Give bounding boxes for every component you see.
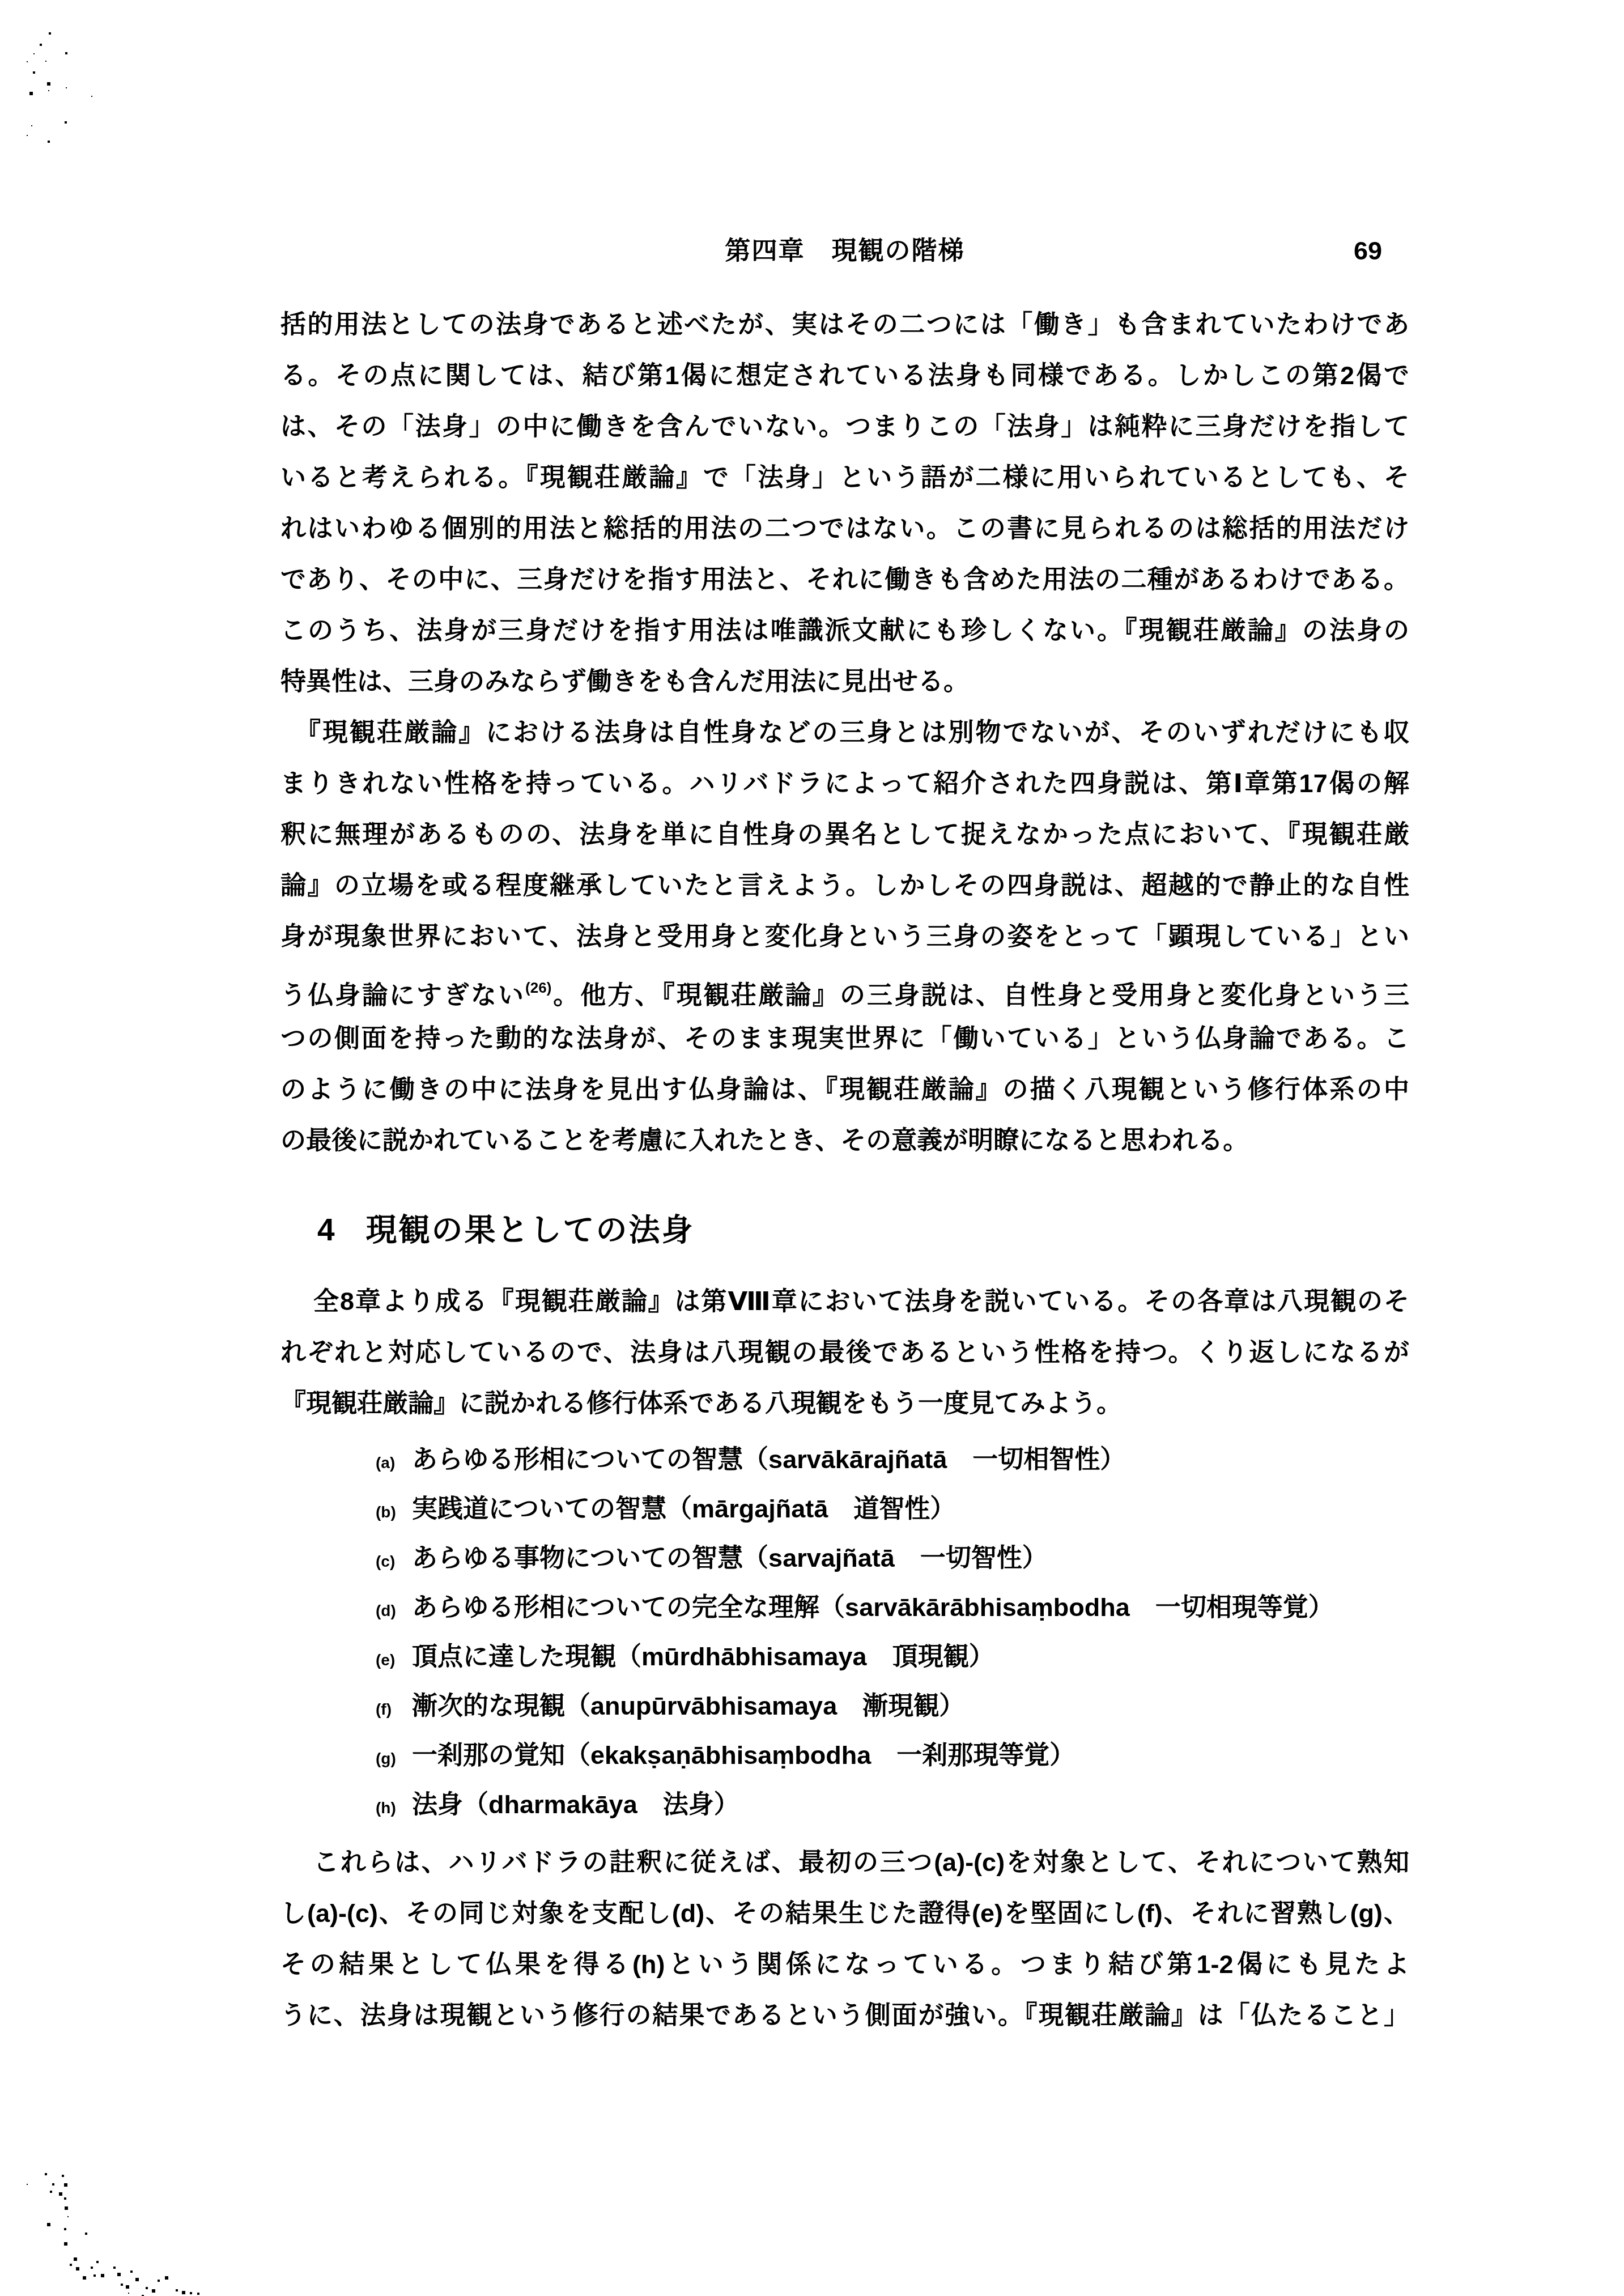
abhisamaya-list: (a)あらゆる形相についての智慧（sarvākārajñatā 一切相智性） (… [280,1435,1409,1829]
text-line: このうち、法身が三身だけを指す用法は唯識派文献にも珍しくない。『現観荘厳論』の法… [280,605,1409,656]
text-line: であり、その中に、三身だけを指す用法と、それに働きも含めた用法の二種があるわけで… [280,554,1409,605]
footnote-ref-26: (26) [525,979,551,996]
scan-noise-bottom-left [45,2173,47,2175]
list-item-text: 漸次的な現観（anupūrvābhisamaya 漸現観） [412,1691,964,1720]
list-item-text: 実践道についての智慧（mārgajñatā 道智性） [412,1494,955,1523]
list-item: (a)あらゆる形相についての智慧（sarvākārajñatā 一切相智性） [280,1435,1409,1484]
paragraph-2: 『現観荘厳論』における法身は自性身などの三身とは別物でないが、そのいずれだけにも… [280,707,1409,1166]
text-line: 『現観荘厳論』に説かれる修行体系である八現観をもう一度見てみよう。 [280,1378,1409,1429]
text-line: れぞれと対応しているので、法身は八現観の最後であるという性格を持つ。くり返しにな… [280,1327,1409,1378]
list-item: (f)漸次的な現観（anupūrvābhisamaya 漸現観） [280,1681,1409,1730]
text-line: これらは、ハリバドラの註釈に従えば、最初の三つ(a)-(c)を対象として、それに… [280,1837,1409,1888]
text-line: うに、法身は現観という修行の結果であるという側面が強い。『現観荘厳論』は「仏たる… [280,1990,1409,2041]
section-number: 4 [317,1212,337,1247]
text-line: 全8章より成る『現観荘厳論』は第Ⅷ章において法身を説いている。その各章は八現観の… [280,1276,1409,1327]
scanned-page: 第四章 現観の階梯 69 括的用法としての法身であると述べたが、実はその二つには… [0,0,1624,2296]
text-line: その結果として仏果を得る(h)という関係になっている。つまり結び第1-2偈にも見… [280,1939,1409,1990]
text-line: まりきれない性格を持っている。ハリバドラによって紹介された四身説は、第Ⅰ章第17… [280,758,1409,809]
text-line: つの側面を持った動的な法身が、そのまま現実世界に「働いている」という仏身論である… [280,1013,1409,1064]
list-marker: (f) [376,1685,412,1734]
scan-noise-top-left [49,32,51,35]
text-line-with-footnote: う仏身論にすぎない(26)。他方、『現観荘厳論』の三身説は、自性身と受用身と変化… [280,962,1409,1013]
section-title: 現観の果としての法身 [366,1212,695,1247]
text-line: る。その点に関しては、結び第1偈に想定されている法身も同様である。しかしこの第2… [280,350,1409,401]
paragraph-1: 括的用法としての法身であると述べたが、実はその二つには「働き」も含まれていたわけ… [280,299,1409,707]
section-heading: 4現観の果としての法身 [317,1206,695,1253]
text-segment: う仏身論にすぎない [280,981,525,1010]
text-line: 釈に無理があるものの、法身を単に自性身の異名として捉えなかった点において、『現観… [280,809,1409,860]
page-number: 69 [1354,233,1382,269]
paragraph-3: これらは、ハリバドラの註釈に従えば、最初の三つ(a)-(c)を対象として、それに… [280,1837,1409,2041]
list-item-text: あらゆる事物についての智慧（sarvajñatā 一切智性） [412,1544,1048,1572]
list-item: (d)あらゆる形相についての完全な理解（sarvākārābhisaṃbodha… [280,1583,1409,1632]
list-item: (c)あらゆる事物についての智慧（sarvajñatā 一切智性） [280,1533,1409,1583]
text-line: 身が現象世界において、法身と受用身と変化身という三身の姿をとって「顕現している」… [280,911,1409,962]
list-item: (b)実践道についての智慧（mārgajñatā 道智性） [280,1484,1409,1533]
text-line: 特異性は、三身のみならず働きをも含んだ用法に見出せる。 [280,656,1409,707]
text-line: 論』の立場を或る程度継承していたと言えよう。しかしその四身説は、超越的で静止的な… [280,860,1409,911]
text-line: 『現観荘厳論』における法身は自性身などの三身とは別物でないが、そのいずれだけにも… [280,707,1409,758]
list-marker: (e) [376,1635,412,1685]
list-item-text: 一刹那の覚知（ekakṣaṇābhisaṃbodha 一刹那現等覚） [412,1741,1075,1770]
text-line: のように働きの中に法身を見出す仏身論は、『現観荘厳論』の描く八現観という修行体系… [280,1064,1409,1115]
list-item: (h)法身（dharmakāya 法身） [280,1780,1409,1829]
list-marker: (g) [376,1734,412,1783]
list-item-text: 法身（dharmakāya 法身） [412,1790,739,1819]
list-marker: (b) [376,1487,412,1537]
section-intro: 全8章より成る『現観荘厳論』は第Ⅷ章において法身を説いている。その各章は八現観の… [280,1276,1409,1429]
text-line: 括的用法としての法身であると述べたが、実はその二つには「働き」も含まれていたわけ… [280,299,1409,350]
text-segment: 。他方、『現観荘厳論』の三身説は、自性身と受用身と変化身という三 [551,981,1409,1010]
list-marker: (c) [376,1537,412,1586]
list-item: (e)頂点に達した現観（mūrdhābhisamaya 頂現観） [280,1632,1409,1681]
running-header: 第四章 現観の階梯 69 [280,233,1409,269]
list-marker: (d) [376,1586,412,1635]
running-chapter-title: 第四章 現観の階梯 [725,236,964,265]
list-marker: (h) [376,1783,412,1832]
list-item-text: あらゆる形相についての智慧（sarvākārajñatā 一切相智性） [412,1445,1125,1474]
list-item-text: 頂点に達した現観（mūrdhābhisamaya 頂現観） [412,1642,994,1671]
text-line: れはいわゆる個別的用法と総括的用法の二つではない。この書に見られるのは総括的用法… [280,503,1409,554]
text-line: の最後に説かれていることを考慮に入れたとき、その意義が明瞭になると思われる。 [280,1115,1409,1166]
text-line: し(a)-(c)、その同じ対象を支配し(d)、その結果生じた證得(e)を堅固にし… [280,1888,1409,1939]
text-line: いると考えられる。『現観荘厳論』で「法身」という語が二様に用いられているとしても… [280,452,1409,503]
text-line: は、その「法身」の中に働きを含んでいない。つまりこの「法身」は純粋に三身だけを指… [280,401,1409,452]
list-item-text: あらゆる形相についての完全な理解（sarvākārābhisaṃbodha 一切… [412,1593,1334,1622]
list-item: (g)一刹那の覚知（ekakṣaṇābhisaṃbodha 一刹那現等覚） [280,1730,1409,1780]
list-marker: (a) [376,1438,412,1487]
